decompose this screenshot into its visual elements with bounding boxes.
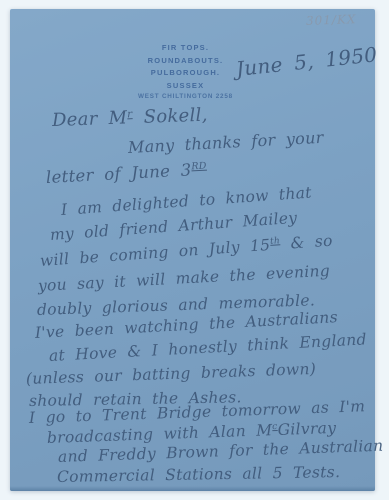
catalogue-annotation: 301/KX [306,12,357,28]
handwritten-line-10: (unless our batting breaks down) [26,360,317,388]
handwritten-line-1: Many thanks for your [128,128,325,157]
letterhead-line-county: SUSSEX [10,80,361,93]
letter-content: 301/KX FIR TOPS. ROUNDABOUTS. PULBOROUGH… [0,0,389,500]
handwritten-line-15: Commercial Stations all 5 Tests. [57,463,341,486]
handwritten-line-0: Dear Mr Sokell, [52,105,208,131]
handwritten-line-2: letter of June 3RD [46,160,208,187]
scanned-letter: 301/KX FIR TOPS. ROUNDABOUTS. PULBOROUGH… [0,0,389,500]
letterhead-telephone: WEST CHILTINGTON 2258 [10,93,361,100]
